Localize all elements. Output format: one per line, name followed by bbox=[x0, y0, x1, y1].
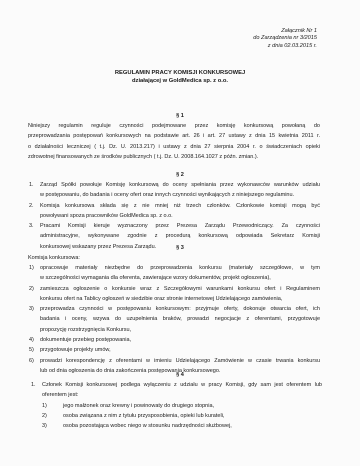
title-line-2: działającej w GoldMedica sp. z o.o. bbox=[0, 78, 360, 86]
text-line: Komisja konkursowa składa się z nie mnie… bbox=[40, 201, 320, 211]
section-2-heading: § 2 bbox=[0, 172, 360, 178]
text-line: prowadzi korespondencję z oferentami w i… bbox=[40, 356, 320, 366]
item-number: 6) bbox=[29, 356, 34, 366]
list-item: 2. Komisja konkursowa składa się z nie m… bbox=[40, 201, 320, 222]
list-item: 1. Członek Komisji konkursowej podlega w… bbox=[42, 380, 322, 431]
text-line: badania i oceny, wzywa do uzupełnienia b… bbox=[40, 314, 320, 324]
text-line: w postępowaniu, do badania i oceny ofert… bbox=[40, 190, 320, 200]
sub-list-item: 3) osoba pozostająca wobec niego w stosu… bbox=[42, 421, 322, 431]
list-item: 1. Zarząd Spółki powołuje Komisję konkur… bbox=[40, 180, 320, 201]
item-number: 1) bbox=[29, 263, 34, 273]
list-item: 1) opracowuje materiały niezbędne do prz… bbox=[40, 263, 320, 284]
text-line: Niniejszy regulamin reguluje czynności p… bbox=[28, 121, 320, 131]
ordinance-ref: do Zarządzenia nr 3/2015 bbox=[253, 35, 317, 42]
text-line: przygotowuje projekty umów, bbox=[40, 345, 320, 355]
text-line: osoba pozostająca wobec niego w stosunku… bbox=[63, 421, 322, 431]
item-number: 4) bbox=[29, 335, 34, 345]
section-4-body: 1. Członek Komisji konkursowej podlega w… bbox=[42, 380, 322, 431]
attachment-label: Załącznik Nr 1 bbox=[253, 28, 317, 35]
text-line: konkursu ofert na Tablicy ogłoszeń w sie… bbox=[40, 294, 320, 304]
text-line: o działalności leczniczej ( t.j. Dz. U. … bbox=[28, 142, 320, 152]
text-line: oferentem jest: bbox=[42, 390, 322, 400]
item-number: 3. bbox=[29, 221, 34, 231]
item-number: 3) bbox=[29, 304, 34, 314]
text-line: osoba związana z nim z tytułu przysposob… bbox=[63, 411, 322, 421]
list-item: 4) dokumentuje przebieg postępowania, bbox=[40, 335, 320, 345]
item-number: 5) bbox=[29, 345, 34, 355]
text-line: administracyjne, wykonywane zgodnie z pr… bbox=[40, 231, 320, 241]
item-number: 1. bbox=[29, 180, 34, 190]
section-4-heading: § 4 bbox=[0, 372, 360, 378]
sub-list-item: 2) osoba związana z nim z tytułu przyspo… bbox=[42, 411, 322, 421]
item-number: 2) bbox=[29, 284, 34, 294]
text-line: zamieszcza ogłoszenie o konkursie wraz z… bbox=[40, 284, 320, 294]
text-line: w szczególności wymagania dla oferenta, … bbox=[40, 273, 320, 283]
text-line: jego małżonek oraz krewny i powinowaty d… bbox=[63, 401, 322, 411]
title-line-1: REGULAMIN PRACY KOMISJI KONKURSOWEJ bbox=[0, 70, 360, 78]
item-number: 2. bbox=[29, 201, 34, 211]
ordinance-date: z dnia 02.03.2015 r. bbox=[253, 43, 317, 50]
document-title: REGULAMIN PRACY KOMISJI KONKURSOWEJ dzia… bbox=[0, 70, 360, 85]
sub-list-item: 1) jego małżonek oraz krewny i powinowat… bbox=[42, 401, 322, 411]
list-item: 5) przygotowuje projekty umów, bbox=[40, 345, 320, 355]
list-item: 2) zamieszcza ogłoszenie o konkursie wra… bbox=[40, 284, 320, 305]
text-line: propozycję rozstrzygnięcia Konkursu, bbox=[40, 325, 320, 335]
list-item: 3) przeprowadza czynności w postępowaniu… bbox=[40, 304, 320, 335]
sub-item-number: 1) bbox=[42, 401, 47, 411]
sub-item-number: 2) bbox=[42, 411, 47, 421]
section-3-intro: Komisja konkursowa: bbox=[28, 253, 320, 263]
section-2-body: 1. Zarząd Spółki powołuje Komisję konkur… bbox=[40, 180, 320, 252]
section-3-heading: § 3 bbox=[0, 245, 360, 251]
section-3-body: 1) opracowuje materiały niezbędne do prz… bbox=[40, 263, 320, 376]
text-line: Zarząd Spółki powołuje Komisję konkursow… bbox=[40, 180, 320, 190]
text-line: Pracami Komisji kieruje wyznaczony przez… bbox=[40, 221, 320, 231]
text-line: opracowuje materiały niezbędne do przepr… bbox=[40, 263, 320, 273]
text-line: zdrowotnej finansowanych ze środków publ… bbox=[28, 152, 320, 162]
text-line: przeprowadza czynności w postępowaniu ko… bbox=[40, 304, 320, 314]
attachment-header: Załącznik Nr 1 do Zarządzenia nr 3/2015 … bbox=[253, 28, 317, 50]
section-1-heading: § 1 bbox=[0, 113, 360, 119]
sub-item-number: 3) bbox=[42, 421, 47, 431]
text-line: dokumentuje przebieg postępowania, bbox=[40, 335, 320, 345]
text-line: Członek Komisji konkursowej podlega wyłą… bbox=[42, 380, 322, 390]
item-number: 1. bbox=[31, 380, 36, 390]
text-line: powoływani spoza pracowników GoldMedica … bbox=[40, 211, 320, 221]
text-line: przeprowadzania postępowań konkursowych … bbox=[28, 131, 320, 141]
section-1-body: Niniejszy regulamin reguluje czynności p… bbox=[28, 121, 320, 162]
